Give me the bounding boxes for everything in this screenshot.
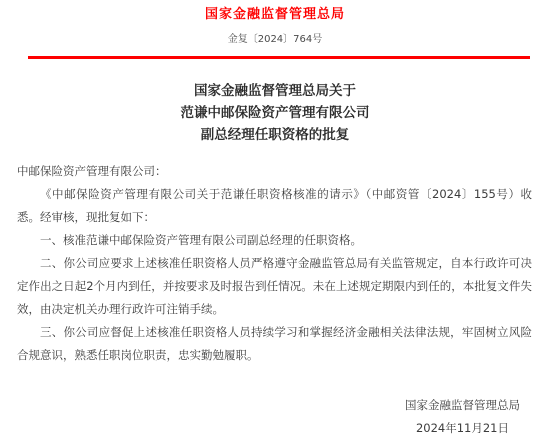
body-paragraph: 《中邮保险资产管理有限公司关于范谦任职资格核准的请示》（中邮资管〔2024〕15…: [17, 183, 532, 229]
body-paragraph: 三、你公司应督促上述核准任职资格人员持续学习和掌握经济金融相关法律法规，牢固树立…: [17, 321, 532, 367]
document-title: 国家金融监督管理总局关于 范谦中邮保险资产管理有限公司 副总经理任职资格的批复: [0, 80, 550, 146]
official-document: 国家金融监督管理总局 金复〔2024〕764号 国家金融监督管理总局关于 范谦中…: [0, 0, 550, 440]
body-paragraph: 二、你公司应要求上述核准任职资格人员严格遵守金融监管总局有关监管规定，自本行政许…: [17, 252, 532, 321]
document-title-line-1: 国家金融监督管理总局关于: [0, 80, 550, 102]
body-paragraph: 一、核准范谦中邮保险资产管理有限公司副总经理的任职资格。: [17, 229, 532, 252]
document-body: 中邮保险资产管理有限公司： 《中邮保险资产管理有限公司关于范谦任职资格核准的请示…: [0, 160, 550, 367]
document-number: 金复〔2024〕764号: [0, 34, 550, 46]
red-divider-rule: [28, 56, 530, 59]
document-title-line-3: 副总经理任职资格的批复: [0, 124, 550, 146]
salutation: 中邮保险资产管理有限公司：: [17, 160, 532, 183]
issuing-agency-header: 国家金融监督管理总局: [0, 7, 550, 23]
signature-inner: 国家金融监督管理总局 2024年11月21日: [405, 394, 520, 440]
signature-agency: 国家金融监督管理总局: [405, 394, 520, 417]
document-title-line-2: 范谦中邮保险资产管理有限公司: [0, 102, 550, 124]
signature-date: 2024年11月21日: [405, 417, 520, 440]
signature-block: 国家金融监督管理总局 2024年11月21日: [0, 394, 550, 440]
